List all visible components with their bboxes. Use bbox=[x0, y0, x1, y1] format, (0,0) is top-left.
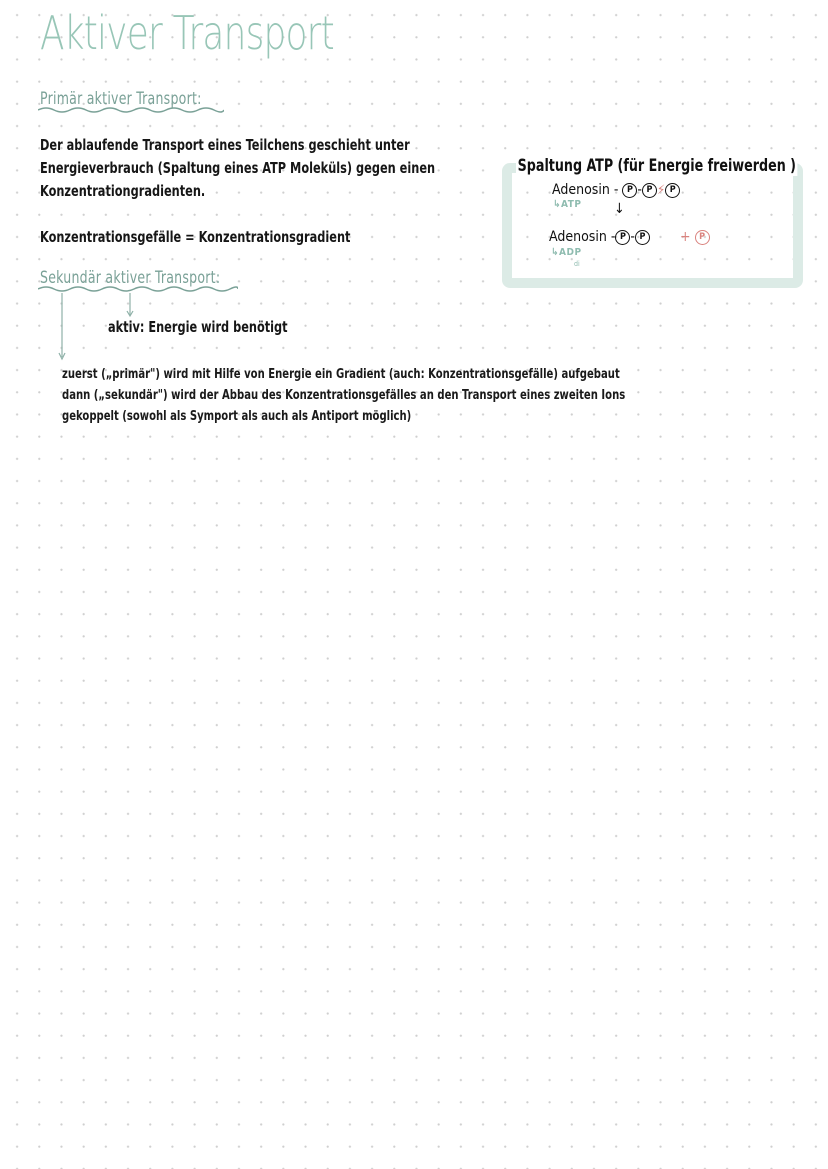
wavy-underline bbox=[38, 285, 238, 293]
adp-formula: Adenosin -P-P bbox=[549, 229, 650, 245]
phosphate-icon: P bbox=[635, 230, 650, 245]
adenosin-label: Adenosin - bbox=[549, 229, 615, 245]
definition-line: Energieverbrauch (Spaltung eines ATP Mol… bbox=[40, 157, 435, 180]
arrow-to-aktiv-icon bbox=[124, 293, 136, 318]
explanation-line: dann („sekundär") wird der Abbau des Kon… bbox=[62, 385, 625, 406]
explanation-line: gekoppelt (sowohl als Symport als auch a… bbox=[62, 406, 625, 427]
wavy-underline bbox=[38, 106, 224, 114]
secondary-explanation: zuerst („primär") wird mit Hilfe von Ene… bbox=[62, 364, 625, 427]
page-title: Aktiver Transport bbox=[40, 6, 334, 60]
phosphate-icon: P bbox=[615, 230, 630, 245]
atp-box-title: Spaltung ATP (für Energie freiwerden ) bbox=[516, 156, 798, 176]
plus-sign: + bbox=[680, 229, 695, 245]
phosphate-icon: P bbox=[695, 230, 710, 245]
definition-line: Konzentrationgradienten. bbox=[40, 180, 435, 203]
atp-formula: Adenosin - P-P⚡P bbox=[552, 182, 680, 198]
equation-note: Konzentrationsgefälle = Konzentrationsgr… bbox=[40, 226, 350, 249]
definition-line: Der ablaufende Transport eines Teilchens… bbox=[40, 134, 435, 157]
down-arrow-icon: ↓ bbox=[614, 201, 625, 217]
primary-definition: Der ablaufende Transport eines Teilchens… bbox=[40, 134, 435, 203]
aktiv-note: aktiv: Energie wird benötigt bbox=[108, 316, 288, 339]
released-phosphate: + P bbox=[680, 229, 710, 245]
phosphate-icon: P bbox=[665, 183, 680, 198]
adenosin-label: Adenosin - bbox=[552, 182, 622, 198]
phosphate-icon: P bbox=[642, 183, 657, 198]
phosphate-icon: P bbox=[622, 183, 637, 198]
di-label: di bbox=[574, 260, 580, 268]
lightning-bolt-icon: ⚡ bbox=[657, 183, 665, 198]
adp-label: ↳ADP bbox=[551, 247, 582, 258]
explanation-line: zuerst („primär") wird mit Hilfe von Ene… bbox=[62, 364, 625, 385]
arrow-to-explanation-icon bbox=[56, 293, 68, 361]
atp-label: ↳ATP bbox=[553, 199, 581, 210]
